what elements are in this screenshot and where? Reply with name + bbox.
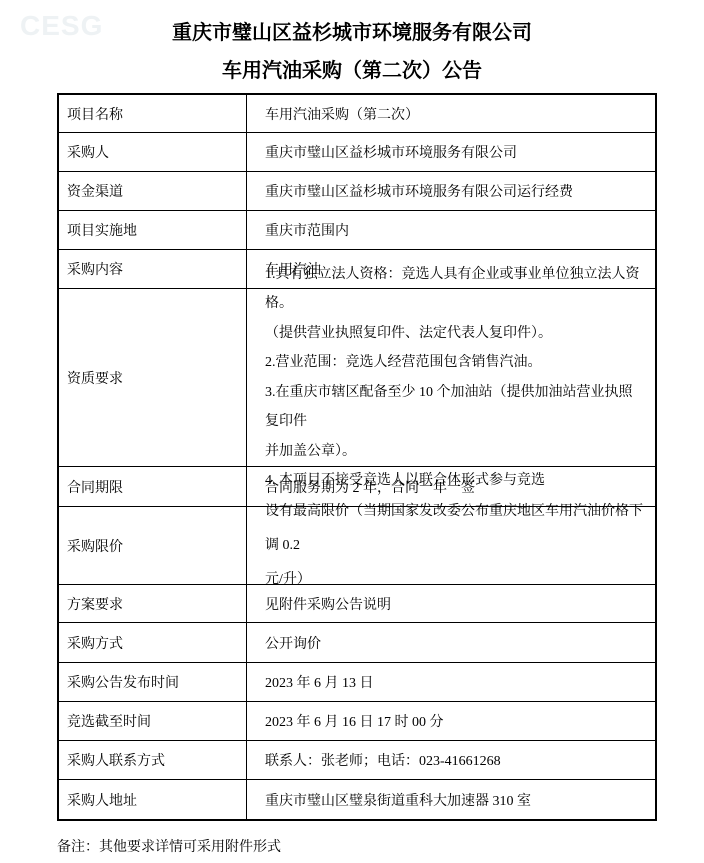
table-row: 方案要求 见附件采购公告说明 (59, 585, 655, 623)
row-value: 重庆市璧山区璧泉街道重科大加速器 310 室 (247, 780, 655, 819)
table-row: 采购公告发布时间 2023 年 6 月 13 日 (59, 663, 655, 702)
row-label: 竞选截至时间 (59, 702, 247, 740)
row-value: 联系人：张老师；电话：023-41661268 (247, 741, 655, 779)
row-label: 采购限价 (59, 507, 247, 584)
table-row: 项目实施地 重庆市范围内 (59, 211, 655, 250)
table-row: 资质要求 1.具有独立法人资格：竞选人具有企业或事业单位独立法人资格。 （提供营… (59, 289, 655, 467)
procurement-table: 项目名称 车用汽油采购（第二次） 采购人 重庆市璧山区益杉城市环境服务有限公司 … (57, 93, 657, 821)
remark-note: 备注：其他要求详情可采用附件形式 (57, 836, 281, 856)
row-label: 资质要求 (59, 289, 247, 466)
row-label: 合同期限 (59, 467, 247, 506)
table-row: 采购人 重庆市璧山区益杉城市环境服务有限公司 (59, 133, 655, 172)
row-label: 资金渠道 (59, 172, 247, 210)
row-value: 重庆市璧山区益杉城市环境服务有限公司 (247, 133, 655, 171)
row-value: 2023 年 6 月 16 日 17 时 00 分 (247, 702, 655, 740)
table-row: 采购方式 公开询价 (59, 623, 655, 663)
row-label: 采购方式 (59, 623, 247, 662)
row-label: 项目名称 (59, 95, 247, 132)
row-value: 设有最高限价（当期国家发改委公布重庆地区车用汽油价格下调 0.2 元/升） (247, 507, 655, 584)
cesg-watermark: CESG (20, 10, 103, 42)
table-row: 采购人地址 重庆市璧山区璧泉街道重科大加速器 310 室 (59, 780, 655, 819)
row-label: 方案要求 (59, 585, 247, 622)
row-label: 采购内容 (59, 250, 247, 288)
table-row: 资金渠道 重庆市璧山区益杉城市环境服务有限公司运行经费 (59, 172, 655, 211)
row-label: 采购人地址 (59, 780, 247, 819)
row-label: 采购公告发布时间 (59, 663, 247, 701)
row-value: 1.具有独立法人资格：竞选人具有企业或事业单位独立法人资格。 （提供营业执照复印… (247, 289, 655, 466)
row-label: 项目实施地 (59, 211, 247, 249)
row-value: 重庆市范围内 (247, 211, 655, 249)
table-row: 采购人联系方式 联系人：张老师；电话：023-41661268 (59, 741, 655, 780)
row-value: 公开询价 (247, 623, 655, 662)
row-label: 采购人联系方式 (59, 741, 247, 779)
row-value: 见附件采购公告说明 (247, 585, 655, 622)
page-subtitle: 车用汽油采购（第二次）公告 (0, 58, 704, 84)
row-label: 采购人 (59, 133, 247, 171)
table-row: 项目名称 车用汽油采购（第二次） (59, 95, 655, 133)
row-value: 2023 年 6 月 13 日 (247, 663, 655, 701)
page-title: 重庆市璧山区益杉城市环境服务有限公司 (0, 20, 704, 46)
row-value: 重庆市璧山区益杉城市环境服务有限公司运行经费 (247, 172, 655, 210)
row-value: 车用汽油采购（第二次） (247, 95, 655, 132)
document-header: 重庆市璧山区益杉城市环境服务有限公司 车用汽油采购（第二次）公告 (0, 0, 704, 84)
table-row: 采购限价 设有最高限价（当期国家发改委公布重庆地区车用汽油价格下调 0.2 元/… (59, 507, 655, 585)
table-row: 竞选截至时间 2023 年 6 月 16 日 17 时 00 分 (59, 702, 655, 741)
